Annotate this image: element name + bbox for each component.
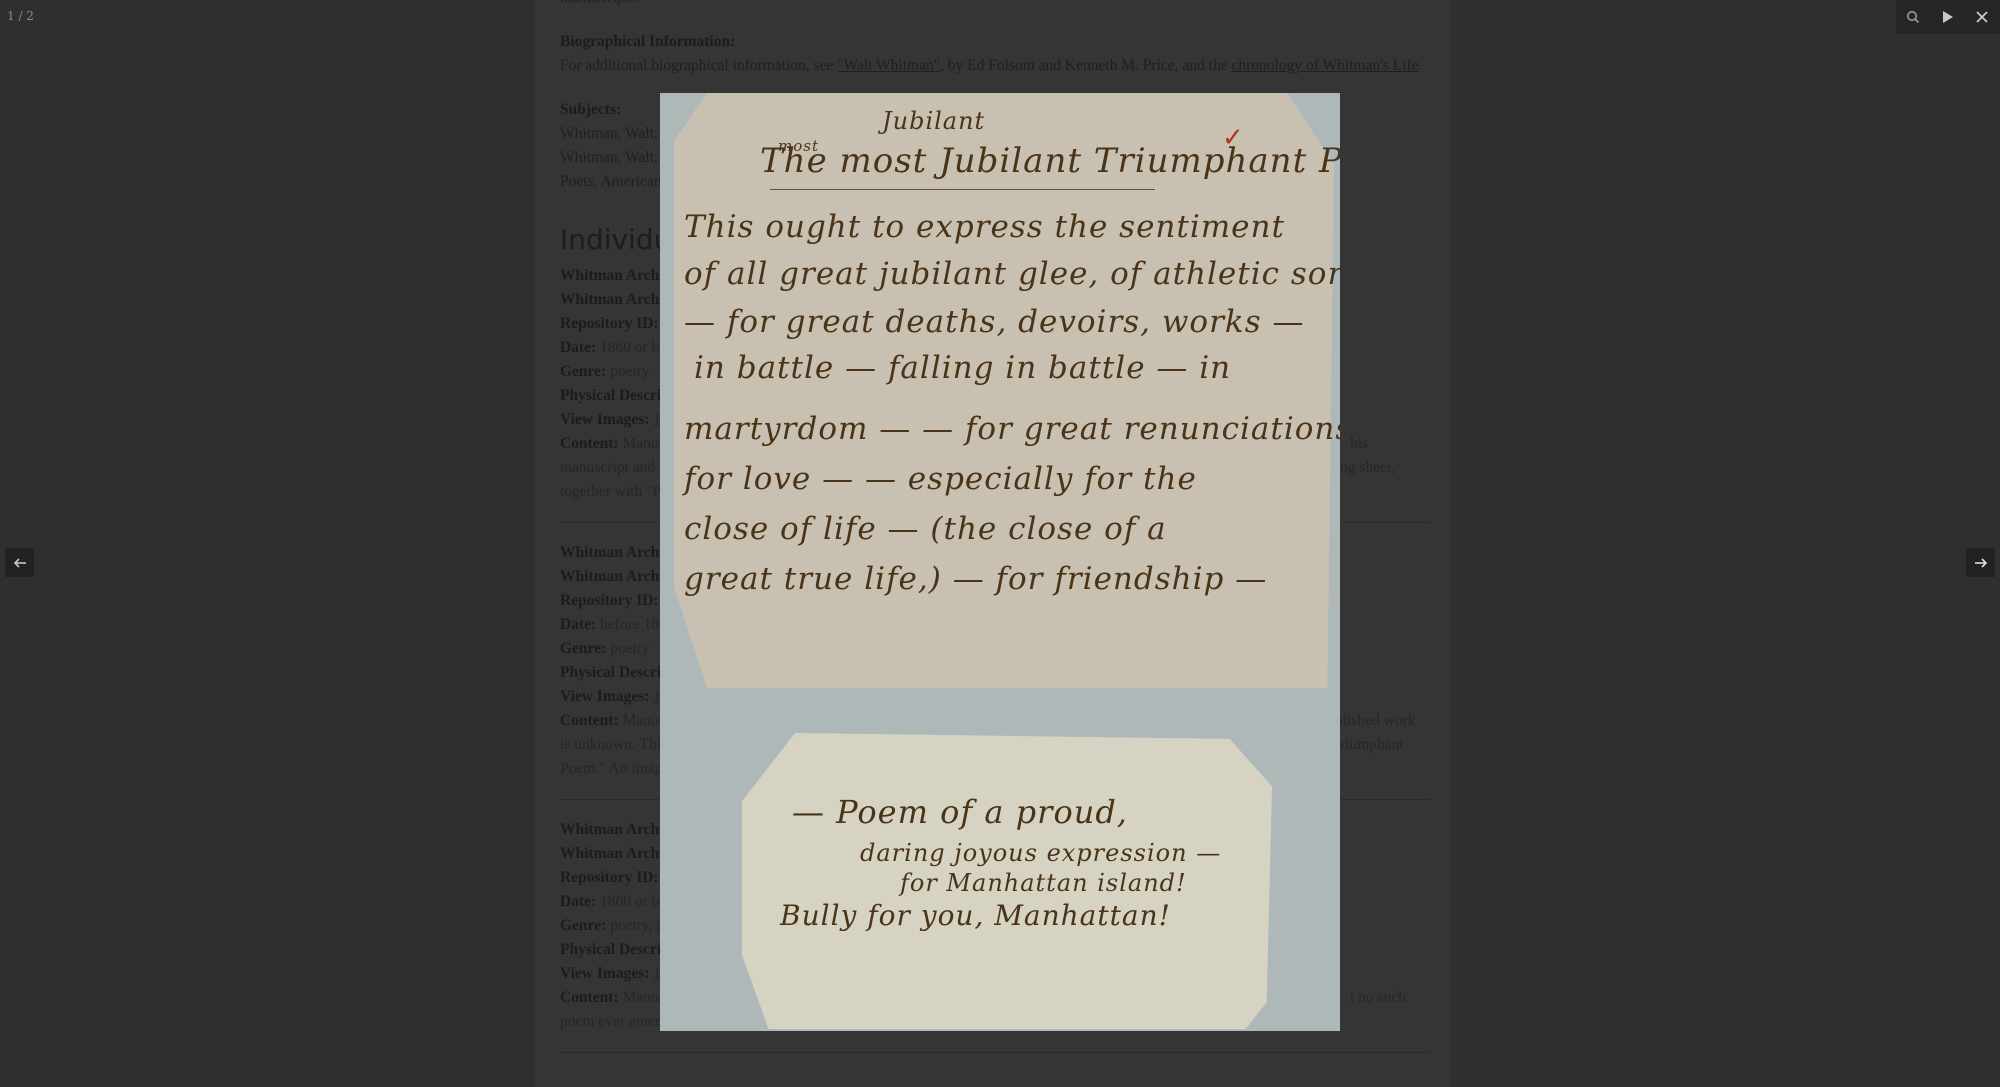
play-icon [1942, 10, 1954, 24]
handwriting-title: The most Jubilant Triumphant Poem. [760, 141, 1340, 181]
manuscript-sheet-top [674, 93, 1334, 688]
zoom-button[interactable] [1896, 0, 1931, 34]
handwriting-line: close of life — (the close of a [684, 511, 1167, 547]
close-button[interactable] [1965, 0, 2000, 34]
record-divider [560, 1052, 1430, 1053]
close-icon [1976, 11, 1988, 23]
handwriting-line: — Poem of a proud, [792, 793, 1128, 831]
arrow-left-icon [13, 558, 27, 568]
handwriting-line: for love — — especially for the [684, 461, 1197, 497]
handwriting-line: This ought to express the sentiment [684, 209, 1285, 245]
handwriting-line: martyrdom — — for great renunciations — [684, 411, 1340, 447]
handwriting-line: great true life,) — for friendship — [684, 561, 1267, 597]
chronology-link[interactable]: chronology of Whitman's Life [1231, 57, 1418, 74]
arrow-right-icon [1974, 558, 1988, 568]
next-image-button[interactable] [1966, 548, 1995, 577]
image-counter: 1 / 2 [7, 9, 34, 23]
slideshow-button[interactable] [1931, 0, 1966, 34]
handwriting-insert-jubilant: Jubilant [882, 107, 985, 135]
handwriting-line: daring joyous expression — [860, 839, 1221, 867]
search-icon [1906, 10, 1920, 24]
intro-tail: manuscripts. [560, 0, 1430, 10]
handwriting-line: in battle — falling in battle — in [694, 350, 1231, 386]
bio-text: For additional biographical information,… [560, 54, 1430, 78]
previous-image-button[interactable] [5, 548, 34, 577]
lightbox-toolbar [1896, 0, 2000, 34]
manuscript-image[interactable]: Jubilant most The most Jubilant Triumpha… [660, 93, 1340, 1031]
handwriting-line: Bully for you, Manhattan! [780, 899, 1171, 932]
handwriting-line: of all great jubilant glee, of athletic … [684, 256, 1340, 292]
bio-heading: Biographical Information: [560, 30, 1430, 54]
title-underline [770, 189, 1155, 190]
red-checkmark: ✓ [1222, 123, 1244, 153]
walt-whitman-link[interactable]: "Walt Whitman" [837, 57, 940, 74]
handwriting-line: — for great deaths, devoirs, works — [684, 304, 1304, 340]
handwriting-line: for Manhattan island! [900, 869, 1187, 897]
